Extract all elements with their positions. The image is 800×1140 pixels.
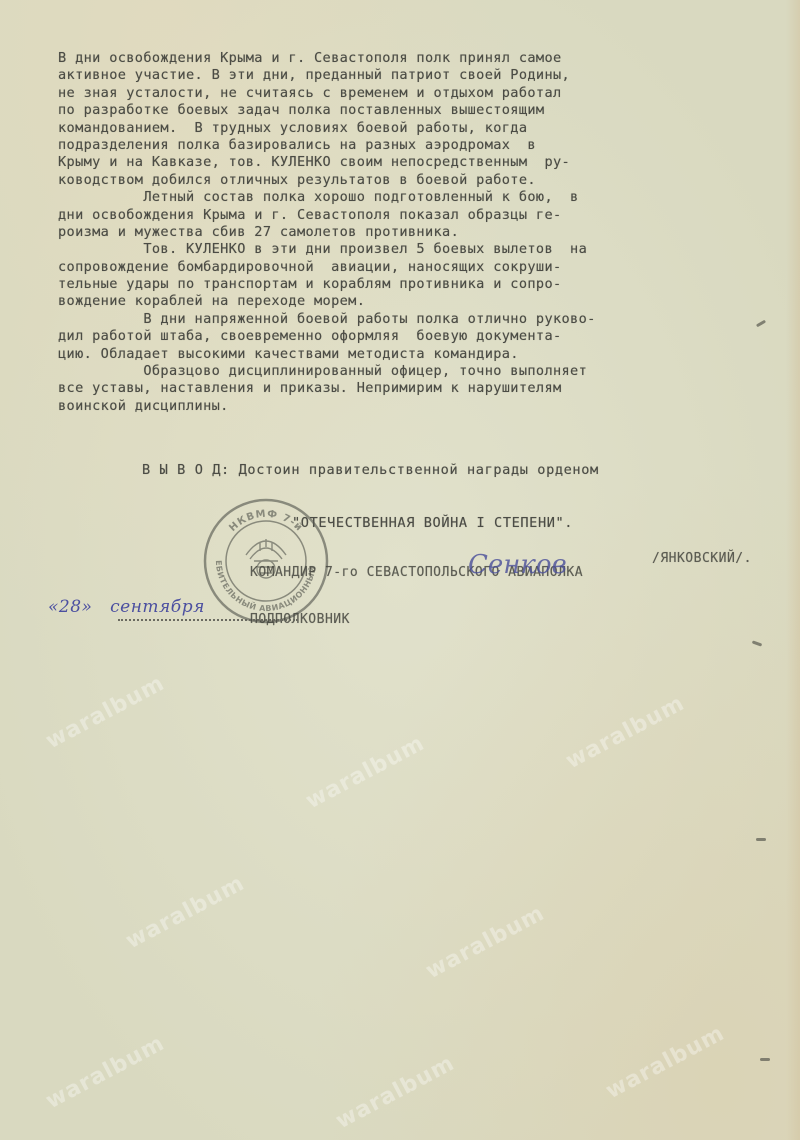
body-line: Образцово дисциплинированный офицер, точ… xyxy=(58,363,778,380)
commander-rank: ПОДПОЛКОВНИК xyxy=(250,612,770,629)
conclusion-label: В Ы В О Д: xyxy=(142,462,230,478)
commander-surname: /ЯНКОВСКИЙ/. xyxy=(652,551,752,566)
body-line: цию. Обладает высокими качествами методи… xyxy=(58,346,778,363)
body-line: В дни освобождения Крыма и г. Севастопол… xyxy=(58,50,778,67)
body-line: Крыму и на Кавказе, тов. КУЛЕНКО своим н… xyxy=(58,154,778,171)
body-line: В дни напряженной боевой работы полка от… xyxy=(58,311,778,328)
body-line: вождение кораблей на переходе морем. xyxy=(58,293,778,310)
body-line: сопровождение бомбардировочной авиации, … xyxy=(58,259,778,276)
date-dotted-line xyxy=(118,619,298,623)
body-line: по разработке боевых задач полка поставл… xyxy=(58,102,778,119)
body-line: командованием. В трудных условиях боевой… xyxy=(58,120,778,137)
body-line: Летный состав полка хорошо подготовленны… xyxy=(58,189,778,206)
body-line: ководством добился отличных результатов … xyxy=(58,172,778,189)
conclusion-line: В Ы В О Д: Достоин правительственной наг… xyxy=(142,462,762,483)
date-month: сентября xyxy=(110,597,205,617)
body-line: подразделения полка базировались на разн… xyxy=(58,137,778,154)
date-day: «28» xyxy=(48,597,92,617)
handwritten-signature: Сенков xyxy=(468,550,567,580)
conclusion-text: Достоин правительственной награды ордено… xyxy=(239,462,599,478)
paper-speck xyxy=(756,838,766,841)
body-line: не зная усталости, не считаясь с времене… xyxy=(58,85,778,102)
body-line: дил работой штаба, своевременно оформляя… xyxy=(58,328,778,345)
body-line: воинской дисциплины. xyxy=(58,398,778,415)
document-date: «28» сентября xyxy=(48,597,205,617)
body-line: тельные удары по транспортам и кораблям … xyxy=(58,276,778,293)
body-line: дни освобождения Крыма и г. Севастополя … xyxy=(58,207,778,224)
body-line: роизма и мужества сбив 27 самолетов прот… xyxy=(58,224,778,241)
body-line: Тов. КУЛЕНКО в эти дни произвел 5 боевых… xyxy=(58,241,778,258)
paper-edge-shading xyxy=(786,0,800,1140)
body-line: активное участие. В эти дни, преданный п… xyxy=(58,67,778,84)
paper-speck xyxy=(760,1058,770,1061)
document-body: В дни освобождения Крыма и г. Севастопол… xyxy=(58,50,778,415)
body-line: все уставы, наставления и приказы. Непри… xyxy=(58,380,778,397)
